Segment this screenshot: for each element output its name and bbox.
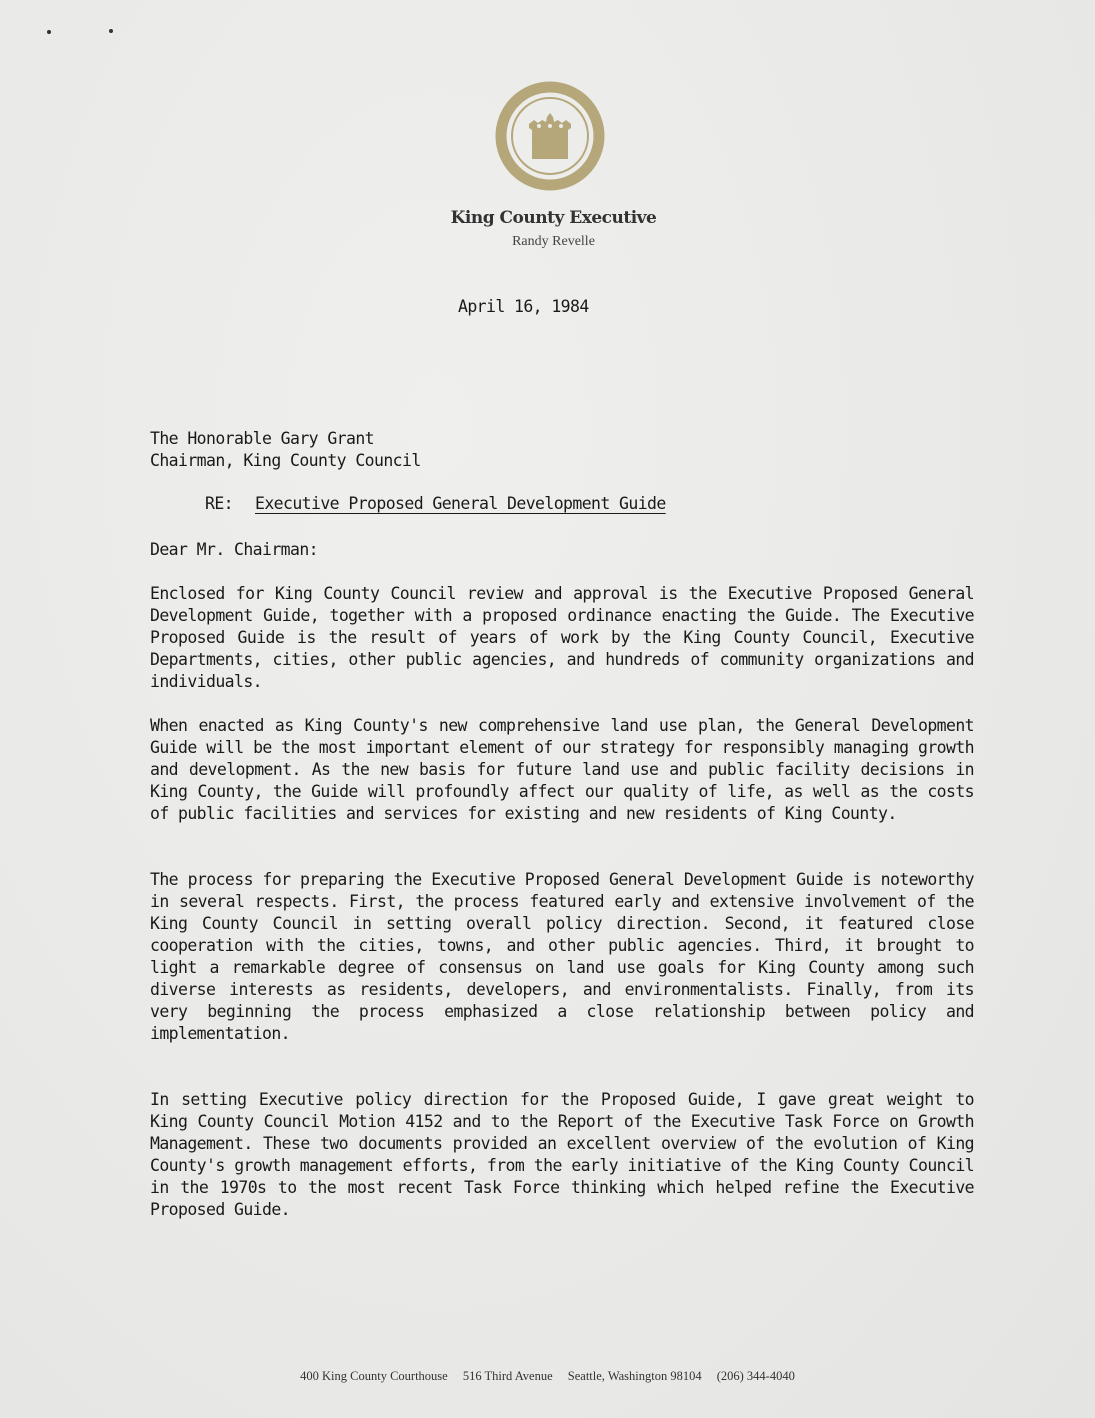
addressee-name: The Honorable Gary Grant xyxy=(150,428,421,450)
salutation: Dear Mr. Chairman: xyxy=(150,540,318,559)
body-paragraph: In setting Executive policy direction fo… xyxy=(150,1089,974,1221)
addressee-title: Chairman, King County Council xyxy=(150,450,421,472)
body-paragraph: The process for preparing the Executive … xyxy=(150,869,974,1045)
subject-line: RE:Executive Proposed General Developmen… xyxy=(205,494,666,513)
letterhead-title: King County Executive xyxy=(0,208,1095,228)
paper-speck xyxy=(109,29,113,33)
letterhead-footer: 400 King County Courthouse 516 Third Ave… xyxy=(0,1369,1095,1384)
footer-city: Seattle, Washington 98104 xyxy=(568,1369,702,1383)
footer-building: 400 King County Courthouse xyxy=(300,1369,448,1383)
body-paragraph: Enclosed for King County Council review … xyxy=(150,583,974,693)
paper-speck xyxy=(47,30,51,34)
footer-phone: (206) 344-4040 xyxy=(717,1369,795,1383)
letter-date: April 16, 1984 xyxy=(458,297,589,316)
letter-page: King County Executive Randy Revelle Apri… xyxy=(0,0,1095,1418)
re-subject: Executive Proposed General Development G… xyxy=(255,494,666,513)
addressee-block: The Honorable Gary Grant Chairman, King … xyxy=(150,428,421,472)
body-paragraph: When enacted as King County's new compre… xyxy=(150,715,974,825)
king-county-crown-seal-icon xyxy=(494,80,606,192)
executive-name: Randy Revelle xyxy=(0,234,1095,250)
re-label: RE: xyxy=(205,494,233,513)
footer-street: 516 Third Avenue xyxy=(463,1369,553,1383)
